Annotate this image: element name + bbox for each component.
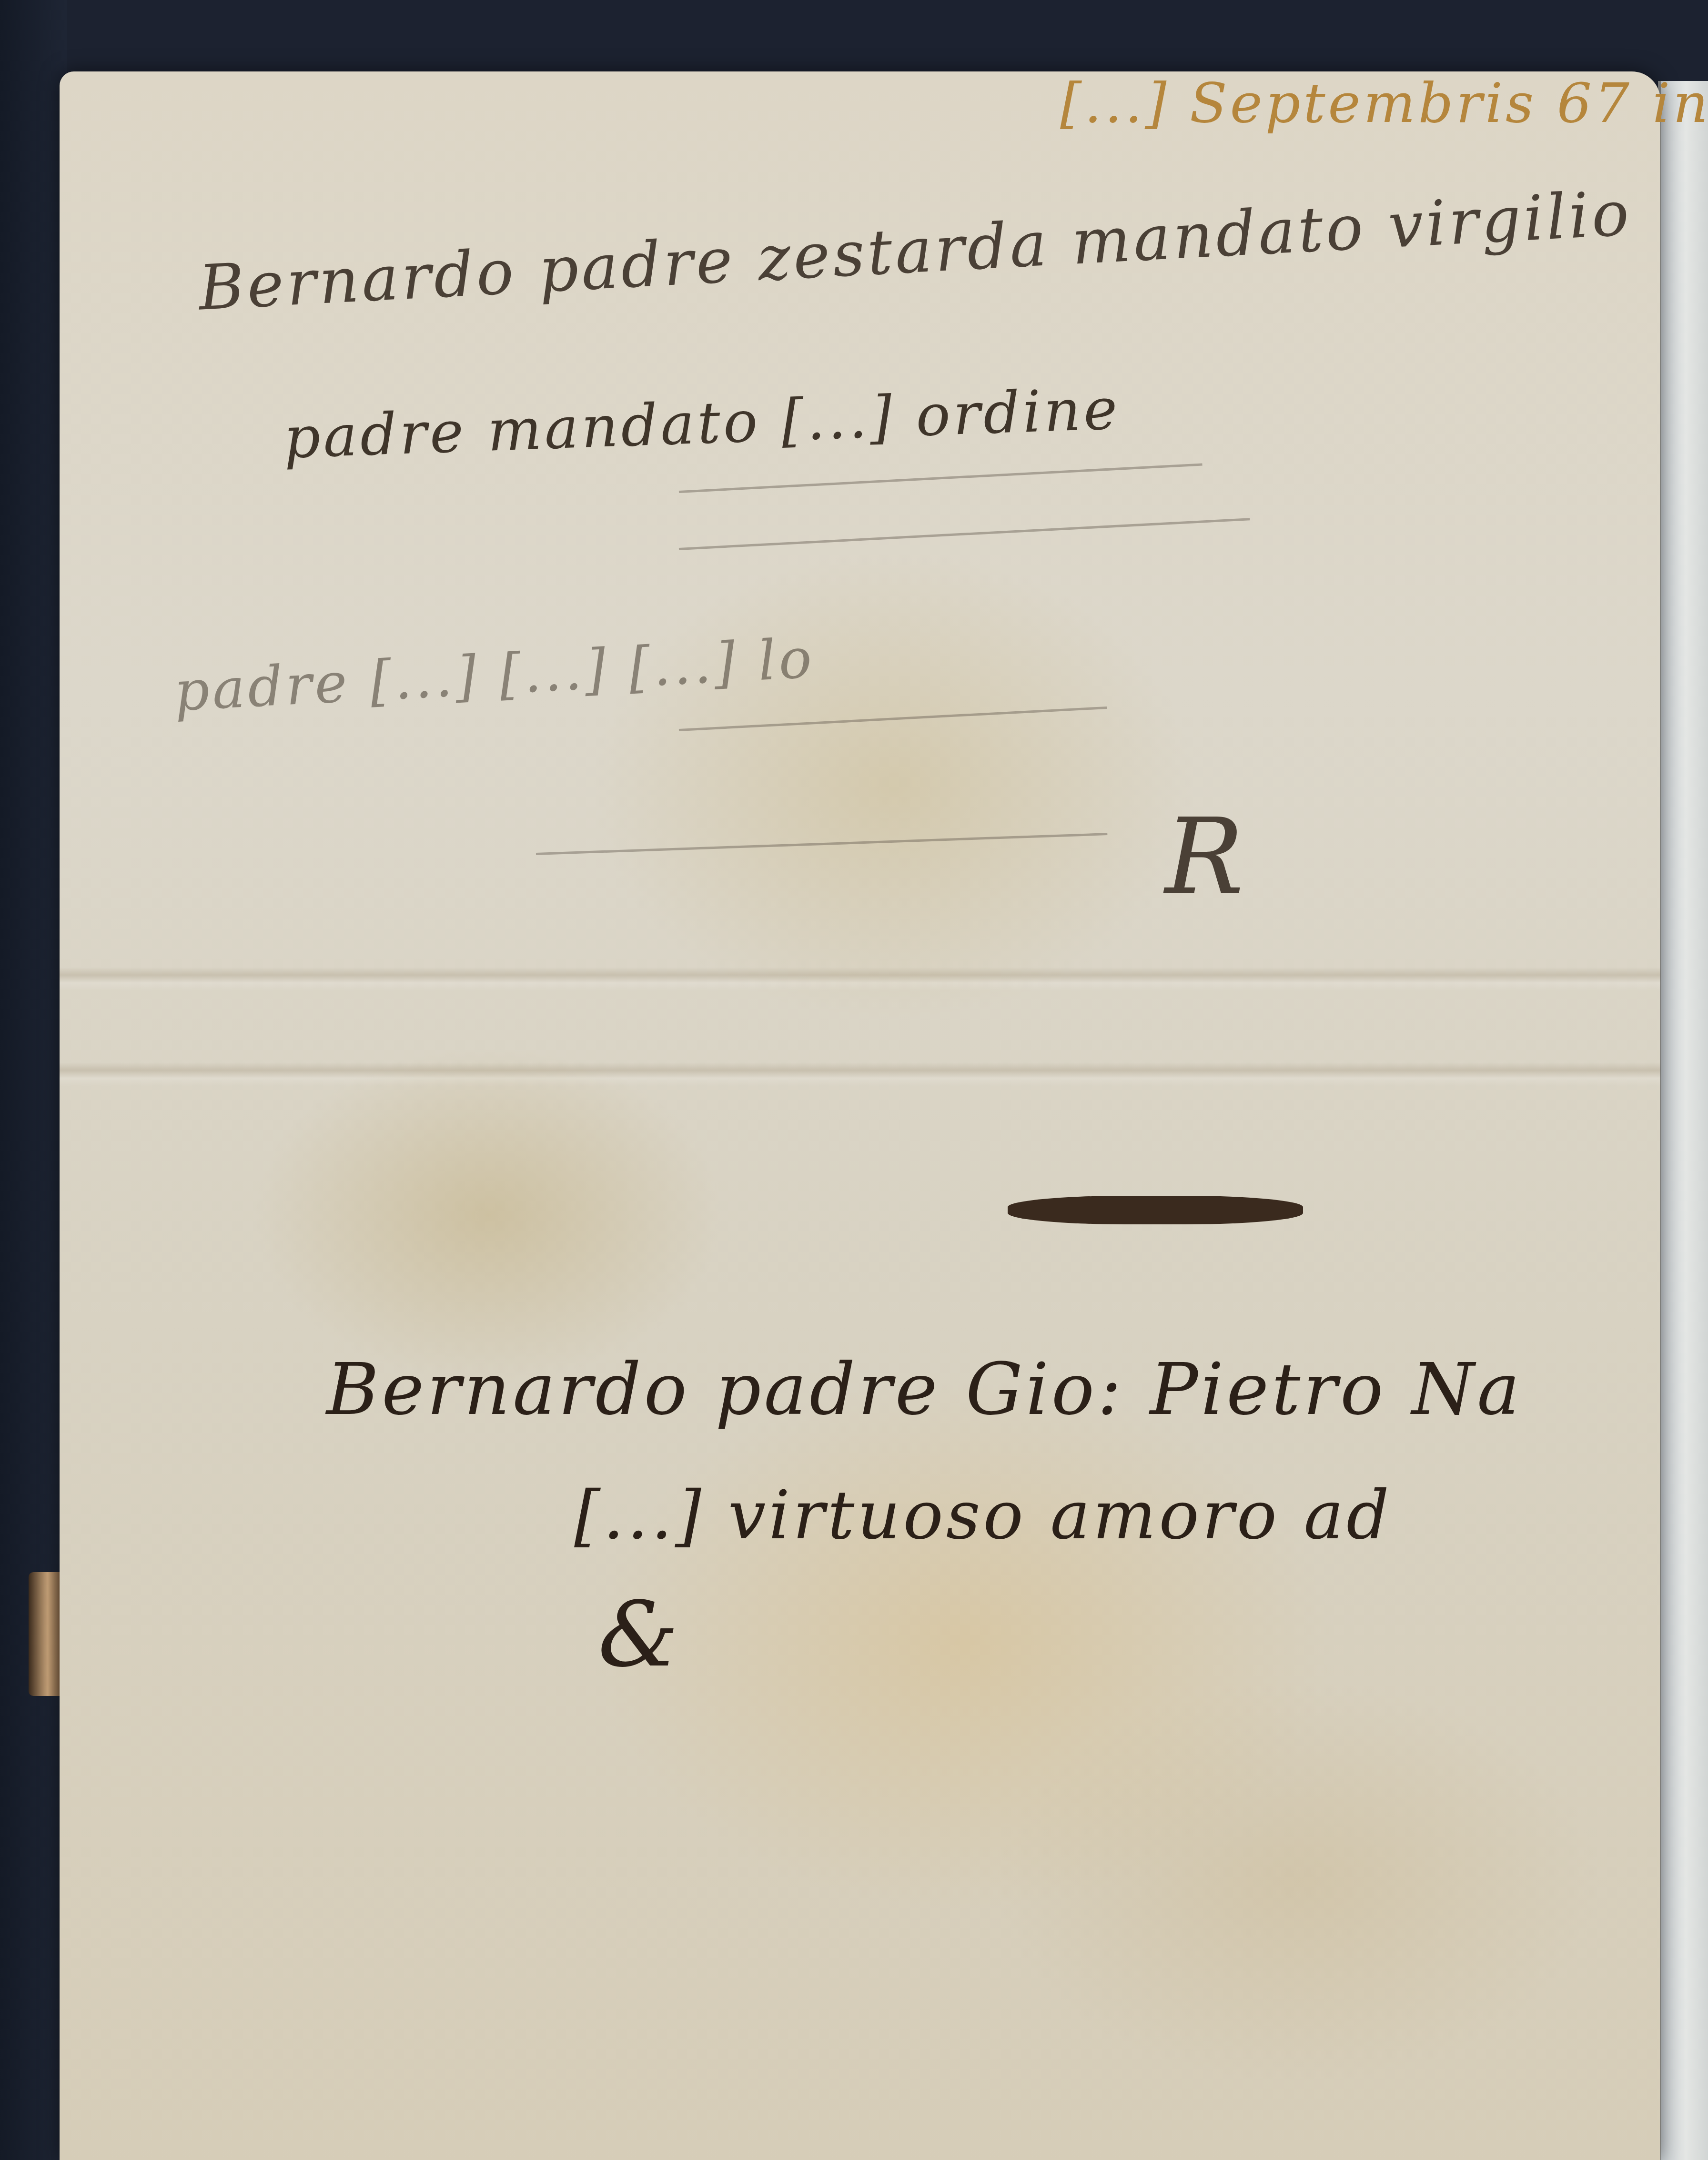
handwritten-line-2: padre mandato [...] ordine (283, 376, 1121, 471)
page-fold (60, 1062, 1660, 1086)
letter-mark: R (1165, 796, 1247, 918)
background-dark-left (0, 0, 67, 2160)
ruled-line (679, 707, 1107, 731)
ruled-line (679, 463, 1203, 493)
manuscript-page: [...] Septembris 67 in Pad[...] Bernardo… (60, 71, 1660, 2160)
ruled-line (679, 518, 1250, 550)
handwritten-line-1: Bernardo padre zestarda mandato virgilio (197, 177, 1633, 324)
signature-line-1: Bernardo padre Gio: Pietro Na (326, 1348, 1523, 1431)
right-page-edge (1658, 81, 1708, 2160)
flourish-mark: & (598, 1582, 681, 1687)
top-line-date: [...] Septembris 67 in Pad[...] (1060, 71, 1708, 135)
ruled-line (536, 833, 1107, 855)
page-fold (60, 967, 1660, 991)
ink-blot (1008, 1196, 1303, 1224)
handwritten-line-3: padre [...] [...] [...] lo (172, 626, 816, 724)
signature-line-2: [...] virtuoso amoro ad (574, 1477, 1392, 1554)
